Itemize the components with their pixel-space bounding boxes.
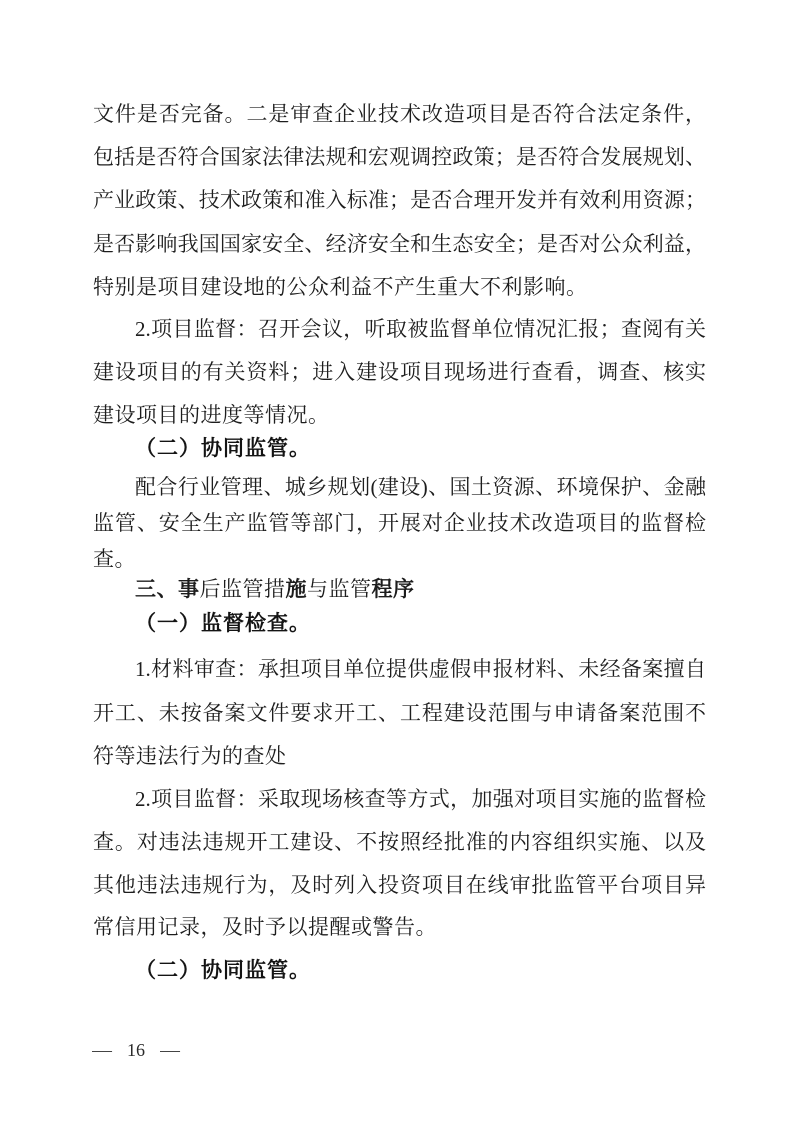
body-line: 包括是否符合国家法律法规和宏观调控政策；是否符合发展规划、 (93, 146, 706, 169)
section-heading: （二）协同监管。 (93, 437, 706, 460)
section-heading: （一）监督检查。 (93, 612, 706, 635)
body-line: 1.材料审查：承担项目单位提供虚假申报材料、未经备案擅自 (93, 658, 706, 681)
body-line: 特别是项目建设地的公众利益不产生重大不利影响。 (93, 276, 706, 299)
body-line: 文件是否完备。二是审查企业技术改造项目是否符合法定条件， (93, 103, 706, 126)
body-line: 建设项目的进度等情况。 (93, 404, 706, 427)
page-footer: — 16 — (93, 1040, 179, 1061)
footer-dash-right: — (160, 1040, 180, 1061)
body-line: 常信用记录，及时予以提醒或警告。 (93, 916, 706, 939)
body-line: 开工、未按备案文件要求开工、工程建设范围与申请备案范围不 (93, 702, 706, 725)
page-number: 16 (127, 1040, 145, 1061)
heading-segment: 后监管措 (200, 577, 286, 601)
document-page: 文件是否完备。二是审查企业技术改造项目是否符合法定条件， 包括是否符合国家法律法… (0, 0, 793, 1122)
section-heading: （二）协同监管。 (93, 959, 706, 982)
body-line: 查。对违法违规开工建设、不按照经批准的内容组织实施、以及 (93, 831, 706, 854)
heading-segment: 与监管 (307, 577, 372, 601)
body-line: 其他违法违规行为，及时列入投资项目在线审批监管平台项目异 (93, 874, 706, 897)
chapter-heading: 三、事后监管措施与监管程序 (93, 578, 706, 601)
heading-segment: 施 (286, 577, 308, 601)
body-line: 查。 (93, 548, 706, 571)
body-line: 符等违法行为的查处 (93, 745, 706, 768)
body-line: 2.项目监督：采取现场核查等方式，加强对项目实施的监督检 (93, 788, 706, 811)
body-line: 建设项目的有关资料；进入建设项目现场进行查看，调查、核实 (93, 361, 706, 384)
body-line: 是否影响我国国家安全、经济安全和生态安全；是否对公众利益， (93, 233, 706, 256)
body-line: 配合行业管理、城乡规划(建设)、国土资源、环境保护、金融 (93, 476, 706, 499)
body-line: 产业政策、技术政策和准入标准；是否合理开发并有效利用资源； (93, 189, 706, 212)
body-line: 2.项目监督：召开会议，听取被监督单位情况汇报；查阅有关 (93, 318, 706, 341)
footer-dash-left: — (92, 1040, 112, 1061)
heading-segment: 程序 (372, 577, 415, 601)
heading-segment: 三、事 (135, 577, 200, 601)
body-line: 监管、安全生产监管等部门，开展对企业技术改造项目的监督检 (93, 512, 706, 535)
